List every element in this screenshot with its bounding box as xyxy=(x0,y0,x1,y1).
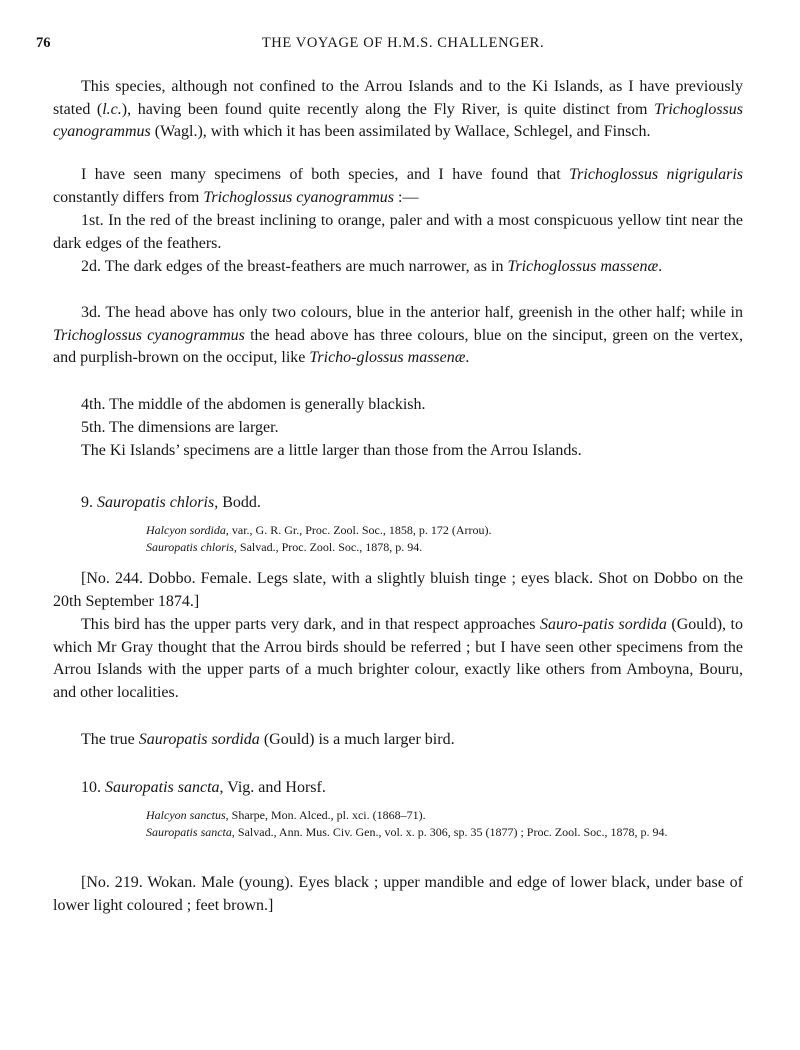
point-1: 1st. In the red of the breast inclining … xyxy=(53,210,743,255)
species-name: Tricho-glossus massenæ xyxy=(309,349,465,366)
intro-paragraph-1: This species, although not confined to t… xyxy=(53,76,743,144)
running-title: THE VOYAGE OF H.M.S. CHALLENGER. xyxy=(53,35,753,52)
species-name: Trichoglossus cyanogrammus xyxy=(203,189,394,206)
synonym-entry: Sauropatis sancta, Salvad., Ann. Mus. Ci… xyxy=(146,824,776,841)
point-4: 4th. The middle of the abdomen is genera… xyxy=(53,394,743,417)
field-note-244: [No. 244. Dobbo. Female. Legs slate, wit… xyxy=(53,568,743,613)
species-name: Sauro-patis sordida xyxy=(540,616,667,633)
remarks-paragraph-2: The true Sauropatis sordida (Gould) is a… xyxy=(53,729,743,752)
page-number: 76 xyxy=(36,35,51,52)
closing-remark: The Ki Islands’ specimens are a little l… xyxy=(53,440,743,463)
species-heading-9: 9. Sauropatis chloris, Bodd. xyxy=(81,492,261,514)
species-name: Sauropatis sancta xyxy=(105,779,220,796)
synonym-entry: Sauropatis chloris, Salvad., Proc. Zool.… xyxy=(146,539,776,556)
point-3: 3d. The head above has only two colours,… xyxy=(53,302,743,370)
species-name: Sauropatis sordida xyxy=(139,731,260,748)
species-heading-10: 10. Sauropatis sancta, Vig. and Horsf. xyxy=(81,777,326,799)
species-name: Trichoglossus massenæ xyxy=(507,258,658,275)
synonym-entry: Halcyon sanctus, Sharpe, Mon. Alced., pl… xyxy=(146,807,776,824)
synonym-entry: Halcyon sordida, var., G. R. Gr., Proc. … xyxy=(146,522,776,539)
field-note-219: [No. 219. Wokan. Male (young). Eyes blac… xyxy=(53,872,743,917)
point-5: 5th. The dimensions are larger. xyxy=(53,417,743,440)
running-header: 76 THE VOYAGE OF H.M.S. CHALLENGER. xyxy=(53,35,753,55)
species-name: Trichoglossus cyanogrammus xyxy=(53,327,245,344)
point-2: 2d. The dark edges of the breast-feather… xyxy=(53,256,743,279)
species-name: Trichoglossus nigrigularis xyxy=(569,166,743,183)
species-name: Sauropatis chloris xyxy=(97,494,214,511)
intro-paragraph-2: I have seen many specimens of both speci… xyxy=(53,164,743,209)
remarks-paragraph-1: This bird has the upper parts very dark,… xyxy=(53,614,743,704)
